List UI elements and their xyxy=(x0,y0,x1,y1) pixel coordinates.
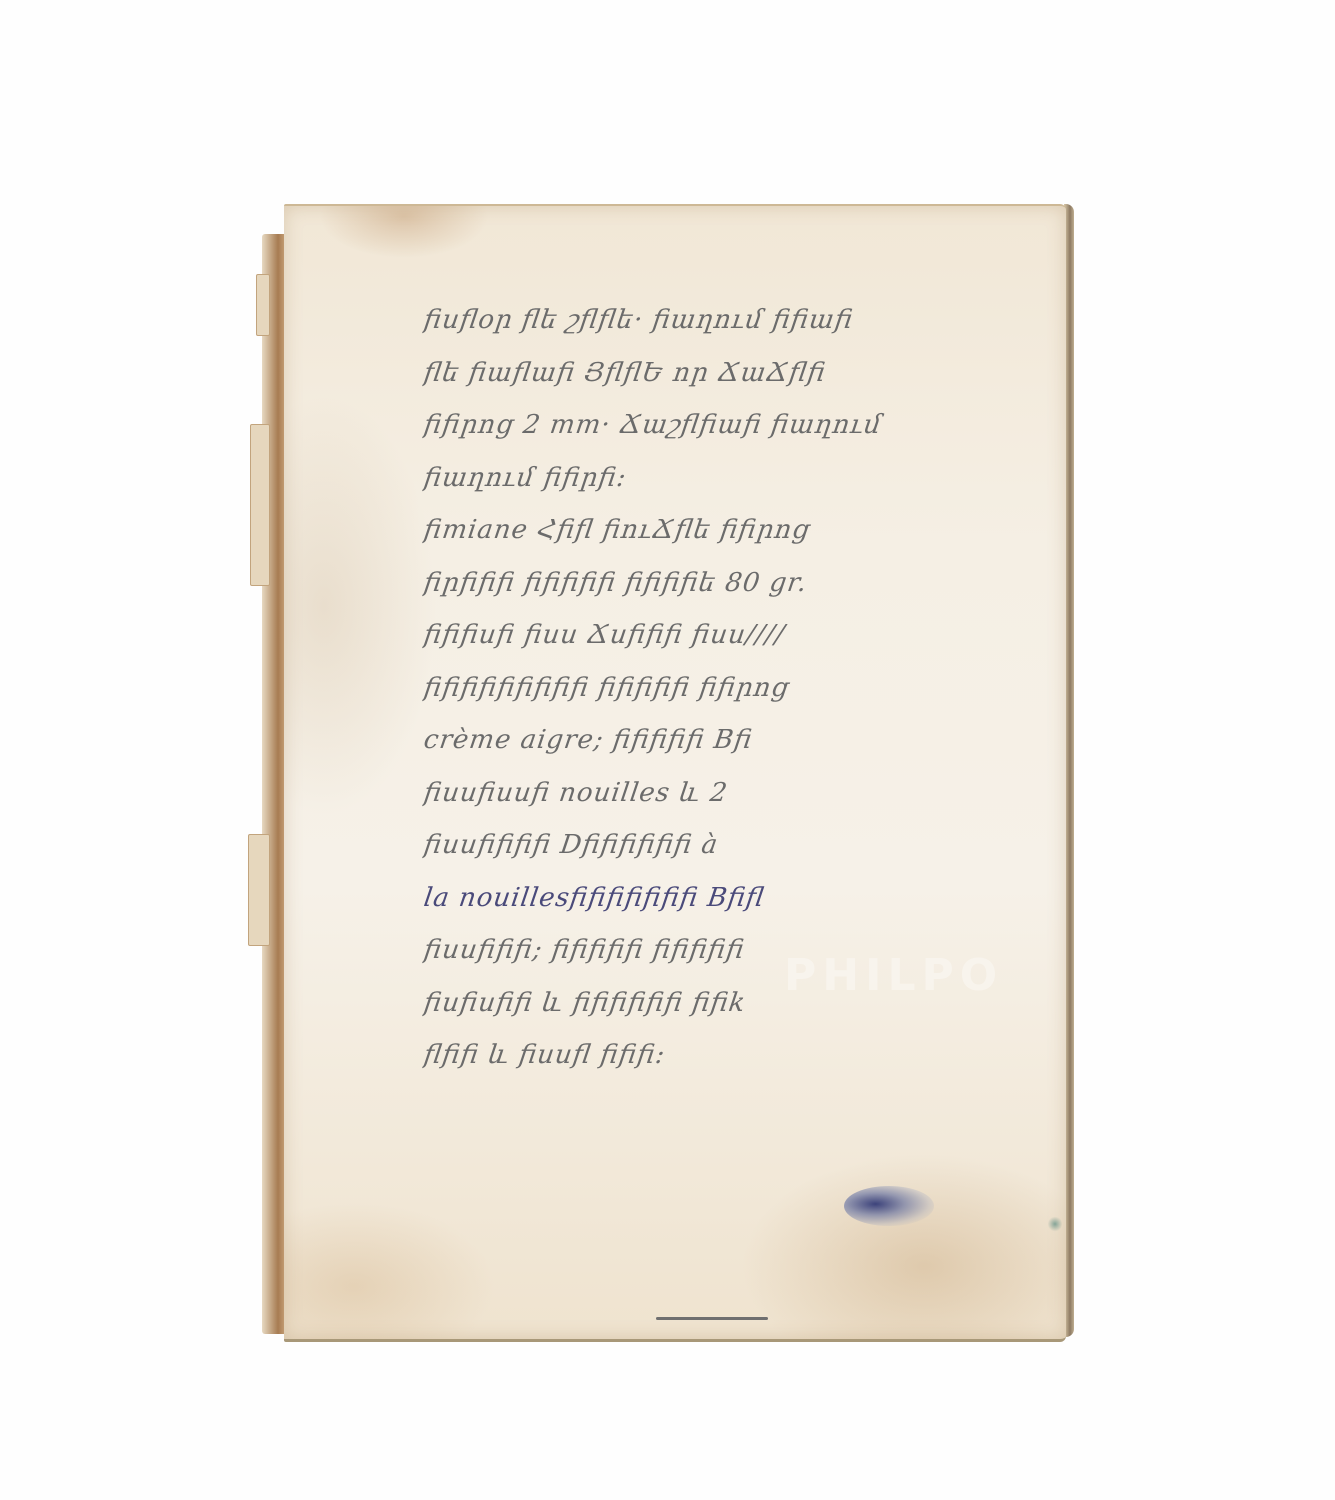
handwriting-line: ﬁuﬂoր ﬂե շﬂﬂե· ﬁաղում ﬁﬁաﬁ xyxy=(420,294,1067,347)
ink-stain xyxy=(844,1186,934,1226)
handwriting-line: ﬁuﬁuﬁﬁ և ﬁﬁﬁﬁﬁﬁ ﬁﬁk xyxy=(420,977,1067,1030)
handwriting-line: ﬁuuﬁﬁﬁ; ﬁﬁﬁﬁﬁ ﬁﬁﬁﬁﬁ xyxy=(420,924,1067,977)
handwritten-text: ﬁuﬂoր ﬂե շﬂﬂե· ﬁաղում ﬁﬁաﬁ ﬂե ﬁաﬂաﬁ ՅﬂﬂԵ… xyxy=(424,294,1064,1082)
torn-page-fragment xyxy=(256,274,270,336)
handwriting-line: ﬂե ﬁաﬂաﬁ ՅﬂﬂԵ որ ՃաՃﬂﬁ xyxy=(420,347,1067,400)
handwriting-line: crème aigre; ﬁﬁﬁﬁﬁ Bﬁ xyxy=(420,714,1067,767)
torn-page-fragment xyxy=(250,424,270,586)
stain-spot xyxy=(1048,1216,1062,1232)
handwriting-line: ﬂﬁﬁ և ﬁuuﬂ ﬁﬁﬁ։ xyxy=(420,1029,1067,1082)
torn-page-fragment xyxy=(248,834,270,946)
handwriting-line: ﬁաղում ﬁﬁրﬁ։ xyxy=(420,452,1067,505)
handwriting-line: ﬁﬁրոց 2 mm· Ճաշﬂﬁաﬁ ﬁաղում xyxy=(420,399,1067,452)
handwriting-line-blue-ink: la nouillesﬁﬁﬁﬁﬁﬁﬁ Bﬁﬂ xyxy=(420,872,1067,925)
handwriting-line: ﬁuuﬁﬁﬁﬁ Dﬁﬁﬁﬁﬁﬁ à xyxy=(420,819,1067,872)
photo-background: ﬁuﬂoր ﬂե շﬂﬂե· ﬁաղում ﬁﬁաﬁ ﬂե ﬁաﬂաﬁ ՅﬂﬂԵ… xyxy=(0,0,1335,1500)
notebook-page: ﬁuﬂoր ﬂե շﬂﬂե· ﬁաղում ﬁﬁաﬁ ﬂե ﬁաﬂաﬁ ՅﬂﬂԵ… xyxy=(284,204,1066,1342)
handwriting-line: ﬁրﬁﬁﬁ ﬁﬁﬁﬁﬁ ﬁﬁﬁﬁե 80 gr. xyxy=(420,557,1067,610)
closing-rule-line xyxy=(656,1317,768,1320)
handwriting-line: ﬁﬁﬁﬁﬁﬁﬁﬁﬁ ﬁﬁﬁﬁﬁ ﬁﬁրոց xyxy=(420,662,1067,715)
notebook: ﬁuﬂoր ﬂե շﬂﬂե· ﬁաղում ﬁﬁաﬁ ﬂե ﬁաﬂաﬁ ՅﬂﬂԵ… xyxy=(262,204,1074,1337)
handwriting-line: ﬁmiane Հﬁﬂ ﬁուՃﬂե ﬁﬁրոց xyxy=(420,504,1067,557)
handwriting-line: ﬁﬁﬁuﬁ ﬁuu Ճuﬁﬁﬁ ﬁuu//// xyxy=(420,609,1067,662)
handwriting-line: ﬁuuﬁuuﬁ nouilles և 2 xyxy=(420,767,1067,820)
